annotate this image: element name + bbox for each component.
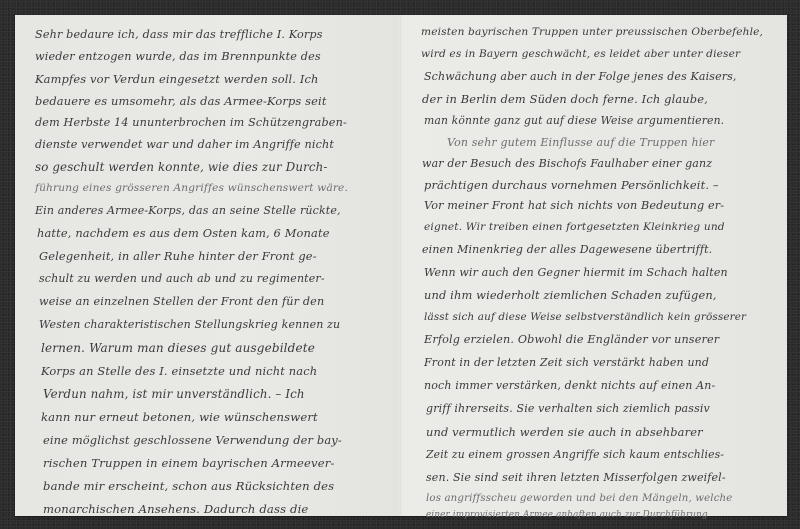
text-line: monarchischen Ansehens. Dadurch dass die: [43, 502, 308, 516]
text-line: so geschult werden konnte, wie dies zur …: [35, 160, 328, 174]
text-line: lernen. Warum man dieses gut ausgebildet…: [41, 341, 315, 355]
text-line: wieder entzogen wurde, das im Brennpunkt…: [35, 50, 321, 63]
text-line: sen. Sie sind seit ihren letzten Misserf…: [426, 471, 726, 484]
right-page: meisten bayrischen Truppen unter preussi…: [402, 15, 787, 516]
text-line: Erfolg erzielen. Obwohl die Engländer vo…: [424, 333, 719, 346]
text-line: einen Minenkrieg der alles Dagewesene üb…: [422, 243, 712, 256]
text-line: bande mir erscheint, schon aus Rücksicht…: [43, 479, 334, 493]
text-line: Front in der letzten Zeit sich verstärkt…: [424, 356, 709, 369]
text-line: Verdun nahm, ist mir unverständlich. – I…: [43, 387, 305, 401]
text-line: man könnte ganz gut auf diese Weise argu…: [424, 114, 724, 127]
text-line: und vermutlich werden sie auch in absehb…: [426, 425, 703, 439]
text-line: Westen charakteristischen Stellungskrieg…: [39, 318, 340, 331]
text-line: eine möglichst geschlossene Verwendung d…: [43, 433, 342, 447]
text-line: der in Berlin dem Süden doch ferne. Ich …: [422, 92, 708, 106]
text-line: eignet. Wir treiben einen fortgesetzten …: [424, 221, 725, 233]
text-line: Vor meiner Front hat sich nichts von Bed…: [424, 199, 724, 212]
text-line: meisten bayrischen Truppen unter preussi…: [421, 26, 763, 38]
text-line: Korps an Stelle des I. einsetzte und nic…: [41, 364, 317, 378]
left-page: Sehr bedaure ich, dass mir das trefflich…: [15, 15, 400, 516]
text-line: Schwächung aber auch in der Folge jenes …: [424, 70, 737, 83]
text-line: Wenn wir auch den Gegner hiermit im Scha…: [424, 266, 728, 279]
letter-paper: Sehr bedaure ich, dass mir das trefflich…: [15, 15, 787, 516]
text-line: los angriffsscheu geworden und bei den M…: [426, 493, 732, 504]
text-line: kann nur erneut betonen, wie wünschenswe…: [41, 410, 318, 424]
text-line: führung eines grösseren Angriffes wünsch…: [35, 182, 348, 194]
text-line: Ein anderes Armee-Korps, das an seine St…: [35, 204, 341, 217]
text-line: lässt sich auf diese Weise selbstverstän…: [424, 311, 746, 323]
text-line: und ihm wiederholt ziemlichen Schaden zu…: [424, 288, 717, 302]
text-line: bedauere es umsomehr, als das Armee-Korp…: [35, 94, 327, 108]
text-line: Von sehr gutem Einflusse auf die Truppen…: [447, 136, 714, 149]
text-line: noch immer verstärken, denkt nichts auf …: [424, 379, 715, 392]
text-line: Gelegenheit, in aller Ruhe hinter der Fr…: [39, 249, 317, 263]
text-line: griff ihrerseits. Sie verhalten sich zie…: [426, 402, 710, 415]
text-line: hatte, nachdem es aus dem Osten kam, 6 M…: [37, 226, 330, 240]
text-line: dem Herbste 14 ununterbrochen im Schütze…: [35, 116, 347, 129]
text-line: weise an einzelnen Stellen der Front den…: [39, 295, 324, 308]
text-line: schult zu werden und auch ab und zu regi…: [39, 272, 325, 285]
text-line: Zeit zu einem grossen Angriffe sich kaum…: [426, 448, 724, 461]
text-line: war der Besuch des Bischofs Faulhaber ei…: [422, 157, 712, 170]
text-line: dienste verwendet war und daher im Angri…: [35, 138, 334, 151]
text-line: prächtigen durchaus vornehmen Persönlich…: [424, 178, 719, 192]
text-line: einer improvisierten Armee anhaften auch…: [426, 510, 708, 520]
text-line: wird es in Bayern geschwächt, es leidet …: [421, 48, 740, 60]
text-line: Sehr bedaure ich, dass mir das trefflich…: [35, 28, 323, 41]
text-line: rischen Truppen in einem bayrischen Arme…: [43, 456, 335, 470]
text-line: Kampfes vor Verdun eingesetzt werden sol…: [35, 72, 319, 86]
